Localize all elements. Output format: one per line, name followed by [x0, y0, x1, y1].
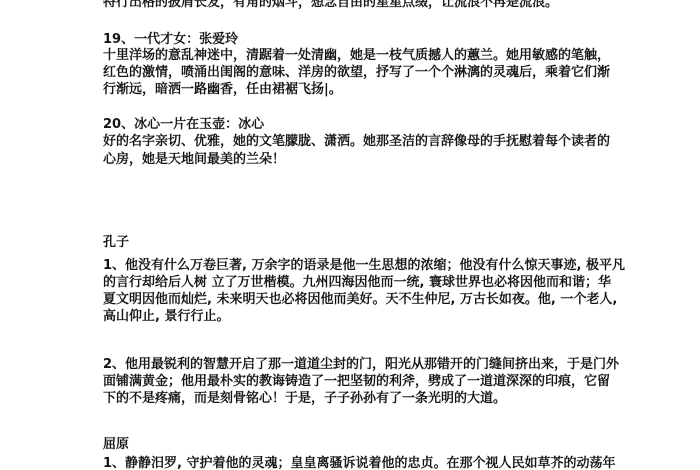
section-heading-zhang-ailing: 19、一代才女：张爱玲	[103, 32, 623, 47]
zhang-ailing-body-line: 红色的激情，喷涌出闺阁的意味、洋房的欲望，抒写了一个个淋漓的灵魂后，乘着它们渐	[103, 65, 623, 80]
kong-zi-paragraph1-line: 1、他没有什么万卷巨著, 万余字的语录是他一生思想的浓缩；他没有什么惊天事迹, …	[103, 258, 623, 273]
bing-xin-body-line: 心房，她是天地间最美的兰朵！	[103, 152, 623, 167]
qu-yuan-body-line: 1、静静汨罗, 守护着他的灵魂；皇皇离骚诉说着他的忠贞。在那个视人民如草芥的动荡…	[103, 456, 623, 470]
kong-zi-paragraph2-line: 2、他用最锐利的智慧开启了那一道道尘封的门，阳光从那错开的门缝间挤出来，于是门外	[103, 357, 623, 372]
kong-zi-paragraph1-line: 的言行却给后人树 立了万世楷模。九州四海因他而一统, 寰球世界也必将因他而和谐；…	[103, 275, 623, 290]
kong-zi-paragraph2-line: 面铺满黄金；他用最朴实的教诲铸造了一把坚韧的利斧，劈成了一道道深深的印痕，它留	[103, 374, 623, 389]
section-heading-qu-yuan: 屈原	[103, 437, 623, 452]
kong-zi-paragraph1-line: 高山仰止, 景行行止。	[103, 309, 623, 324]
document-page: 特行出格的披肩长发，有角的烟斗，想念自由的星星点缀，让流浪不再是流浪。 19、一…	[0, 0, 700, 470]
kong-zi-paragraph2-line: 下的不是疼痛，而是刻骨铭心！于是，子子孙孙有了一条光明的大道。	[103, 391, 623, 406]
zhang-ailing-body-line: 十里洋场的意乱神迷中，清踞着一处清幽，她是一枝气质撼人的蕙兰。她用敏感的笔触，	[103, 48, 623, 63]
kong-zi-paragraph1-line: 夏文明因他而灿烂, 未来明天也必将因他而美好。天不生仲尼, 万古长如夜。他, 一…	[103, 292, 623, 307]
bing-xin-body-line: 好的名字亲切、优雅，她的文笔朦胧、潇洒。她那圣洁的言辞像母的手抚慰着每个读者的	[103, 134, 623, 149]
zhang-ailing-body-line: 行渐远，暗洒一路幽香，任由裙裾飞扬|。	[103, 82, 623, 97]
section-heading-bing-xin: 20、冰心一片在玉壶：冰心	[103, 117, 623, 132]
clipped-top-paragraph-line: 特行出格的披肩长发，有角的烟斗，想念自由的星星点缀，让流浪不再是流浪。	[103, 0, 623, 10]
section-heading-kong-zi: 孔子	[103, 235, 623, 250]
